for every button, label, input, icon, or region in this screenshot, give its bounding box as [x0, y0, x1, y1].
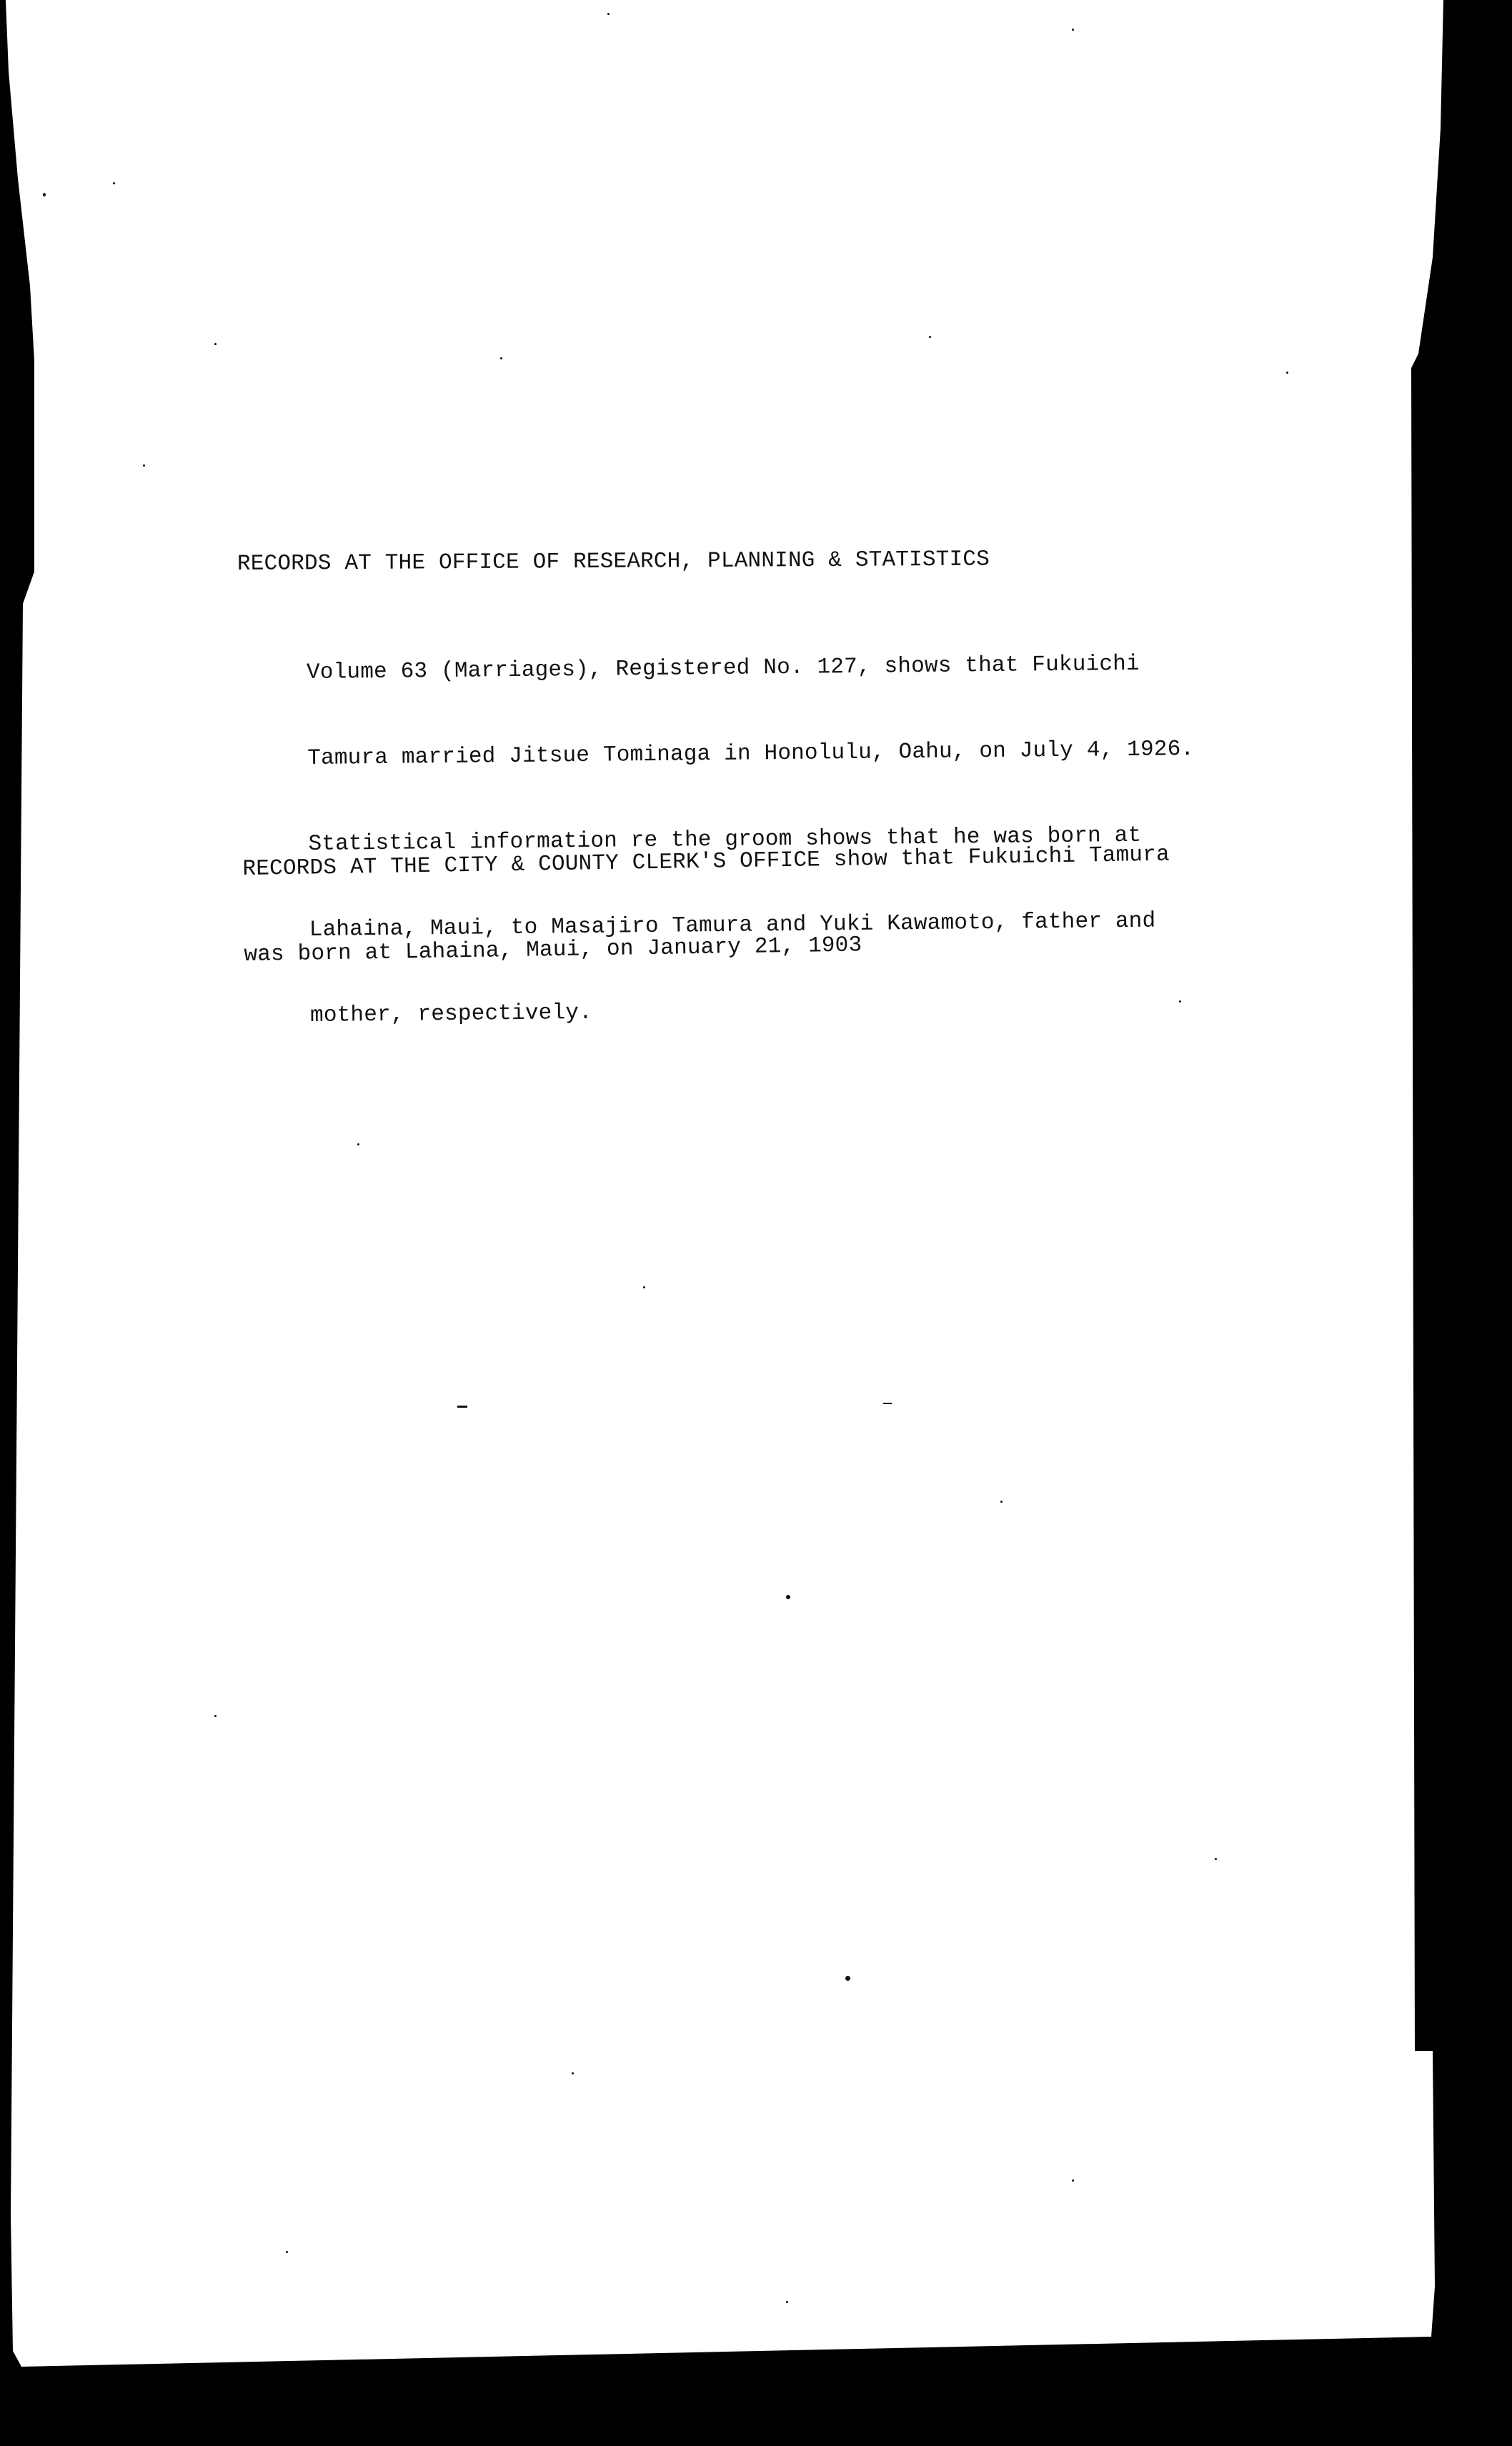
section-heading-research-planning-statistics: RECORDS AT THE OFFICE OF RESEARCH, PLANN… [237, 546, 990, 579]
scan-speck [357, 1143, 359, 1145]
paper-sheet: RECORDS AT THE OFFICE OF RESEARCH, PLANN… [0, 0, 1512, 2446]
paragraph-line: RECORDS AT THE CITY & COUNTY CLERK'S OFF… [242, 841, 1170, 884]
scan-speck [572, 2072, 574, 2074]
scan-speck [286, 2251, 288, 2253]
birth-record-paragraph: RECORDS AT THE CITY & COUNTY CLERK'S OFF… [242, 784, 1172, 1027]
scan-speck [883, 1403, 892, 1404]
scan-speck [929, 336, 931, 338]
scan-speck [786, 1595, 790, 1599]
scan-speck [1215, 1858, 1217, 1860]
scan-speck [845, 1976, 850, 1981]
scan-speck [786, 2301, 788, 2303]
scan-speck [214, 1715, 217, 1717]
scan-speck [1072, 2179, 1074, 2182]
scan-speck [43, 193, 46, 197]
scan-speck [500, 357, 502, 359]
scan-speck [643, 1286, 645, 1288]
scanned-page: RECORDS AT THE OFFICE OF RESEARCH, PLANN… [0, 0, 1512, 2446]
paragraph-line: Tamura married Jitsue Tominaga in Honolu… [307, 735, 1194, 773]
scan-speck [1000, 1501, 1003, 1503]
scan-speck [1286, 372, 1288, 374]
scan-speck [143, 464, 145, 467]
paragraph-line: Volume 63 (Marriages), Registered No. 12… [307, 650, 1193, 687]
scan-speck [113, 182, 115, 184]
scan-speck [1072, 29, 1074, 31]
scan-speck [214, 343, 217, 345]
paragraph-line: was born at Lahaina, Maui, on January 21… [244, 927, 1171, 970]
scan-speck [607, 13, 610, 15]
scan-speck [457, 1406, 467, 1408]
scan-speck [1179, 1000, 1181, 1003]
